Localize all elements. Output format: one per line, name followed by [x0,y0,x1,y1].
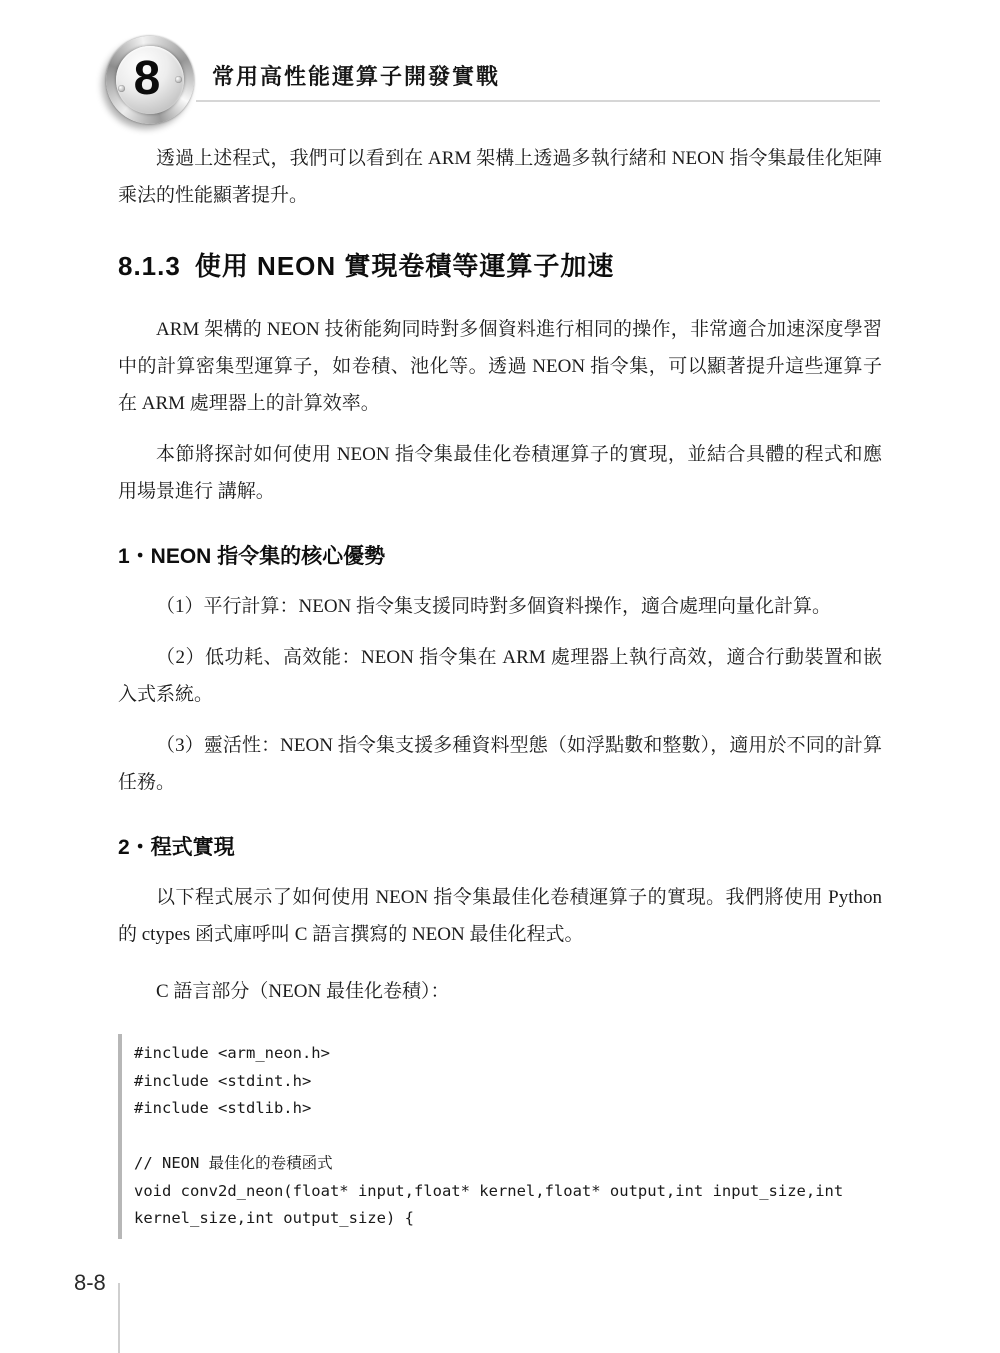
code-line: #include <stdint.h> [134,1068,882,1096]
subsection-heading-advantages: 1・NEON 指令集的核心優勢 [118,540,882,570]
chapter-title: 常用高性能運算子開發實戰 [212,60,500,91]
code-line: kernel_size,int output_size) { [134,1205,882,1233]
advantage-item: （2）低功耗、高效能：NEON 指令集在 ARM 處理器上執行高效，適合行動裝置… [118,639,882,713]
header-divider [196,100,880,102]
chapter-header: 8 常用高性能運算子開發實戰 [0,0,1000,130]
section-heading: 8.1.3使用 NEON 實現卷積等運算子加速 [118,246,882,283]
footer-divider [118,1283,120,1353]
screw-icon [118,85,125,92]
implementation-paragraph: 以下程式展示了如何使用 NEON 指令集最佳化卷積運算子的實現。我們將使用 Py… [118,879,882,953]
section-number: 8.1.3 [118,251,181,281]
chapter-badge: 8 [106,36,194,124]
page-content: 透過上述程式，我們可以看到在 ARM 架構上透過多執行緒和 NEON 指令集最佳… [118,140,882,1239]
section-paragraph: 本節將探討如何使用 NEON 指令集最佳化卷積運算子的實現，並結合具體的程式和應… [118,436,882,510]
section-title: 使用 NEON 實現卷積等運算子加速 [195,251,615,281]
subsection-heading-implementation: 2・程式實現 [118,831,882,861]
section-paragraph: ARM 架構的 NEON 技術能夠同時對多個資料進行相同的操作，非常適合加速深度… [118,311,882,422]
chapter-badge-inner: 8 [116,46,184,114]
advantage-item: （1）平行計算：NEON 指令集支援同時對多個資料操作，適合處理向量化計算。 [118,588,882,625]
chapter-number: 8 [134,51,161,106]
intro-paragraph: 透過上述程式，我們可以看到在 ARM 架構上透過多執行緒和 NEON 指令集最佳… [118,140,882,214]
advantage-item: （3）靈活性：NEON 指令集支援多種資料型態（如浮點數和整數），適用於不同的計… [118,727,882,801]
code-line [134,1123,882,1151]
code-line: #include <arm_neon.h> [134,1040,882,1068]
code-line: #include <stdlib.h> [134,1095,882,1123]
code-label: C 語言部分（NEON 最佳化卷積）： [118,973,882,1010]
code-block: #include <arm_neon.h> #include <stdint.h… [118,1034,882,1239]
code-line: void conv2d_neon(float* input,float* ker… [134,1178,882,1206]
screw-icon [175,76,182,83]
page-number: 8-8 [74,1270,106,1296]
code-line: // NEON 最佳化的卷積函式 [134,1150,882,1178]
book-page: 8 常用高性能運算子開發實戰 透過上述程式，我們可以看到在 ARM 架構上透過多… [0,0,1000,1353]
